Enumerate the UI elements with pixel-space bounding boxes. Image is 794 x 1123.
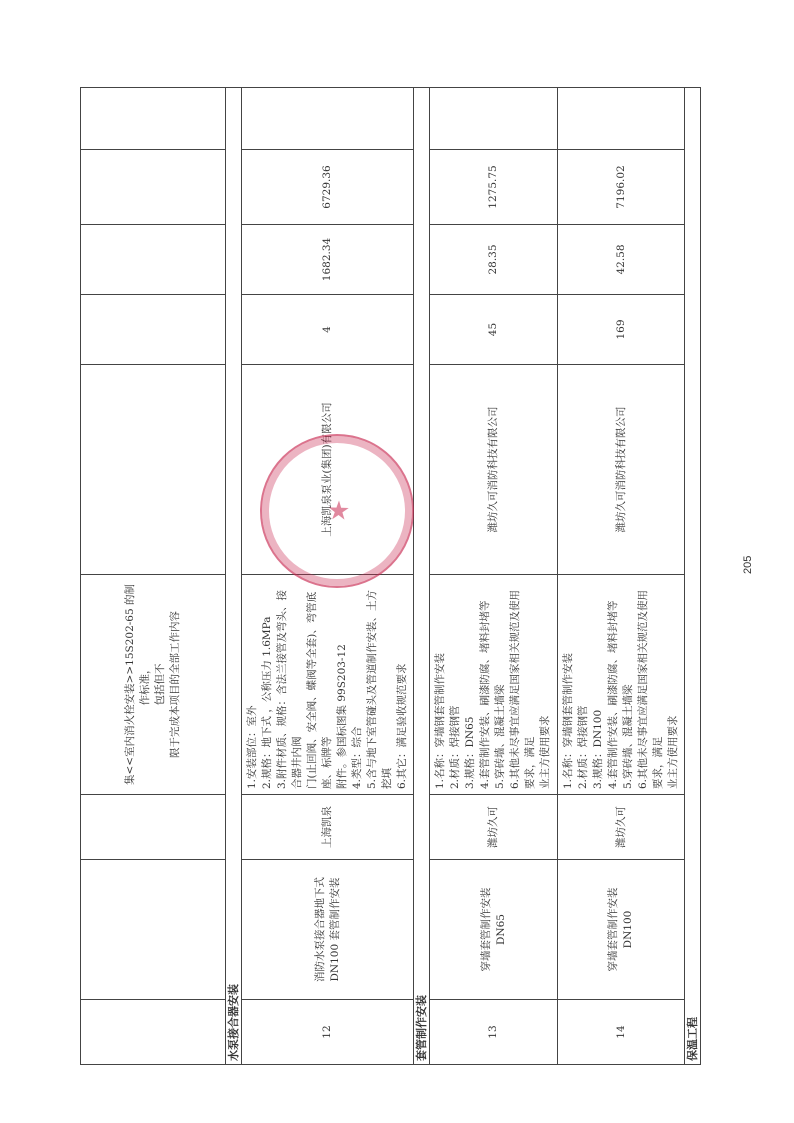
qty-cell (81, 295, 226, 365)
unit-price-cell: 28.35 (430, 225, 558, 295)
total-cell (81, 150, 226, 225)
section-title: 水泵接合器安装 (226, 88, 242, 1065)
name-cell: 穿墙套管制作安装 DN65 (430, 860, 558, 1000)
company-seal-stamp: ★ (260, 434, 414, 588)
brand-cell: 上海凯泉 (242, 795, 414, 860)
price-table: 集<<室内消火栓安装>>15S202-65 的制作标准， 包括但不 限于完成本项… (80, 87, 701, 1065)
seq-cell: 14 (558, 1000, 685, 1065)
qty-cell: 45 (430, 295, 558, 365)
unit-price-cell: 42.58 (558, 225, 685, 295)
spec-cell: 1.安装部位：室外 2.规格：地下式 ，公称压力 1.6MPa 3.附件材质、规… (242, 575, 414, 795)
unit-price-cell (81, 225, 226, 295)
rotated-page: 集<<室内消火栓安装>>15S202-65 的制作标准， 包括但不 限于完成本项… (0, 0, 794, 1123)
seq-cell: 13 (430, 1000, 558, 1065)
spec-cell: 集<<室内消火栓安装>>15S202-65 的制作标准， 包括但不 限于完成本项… (81, 575, 226, 795)
section-row: 水泵接合器安装 (226, 88, 242, 1065)
supplier-cell: 潍坊久可消防科技有限公司 (558, 365, 685, 575)
section-title: 套管制作安装 (414, 88, 430, 1065)
seq-cell: 12 (242, 1000, 414, 1065)
name-cell: 消防水泵接合器地下式 DN100 套管制作安装 (242, 860, 414, 1000)
section-row: 保温工程 (685, 88, 701, 1065)
section-row: 套管制作安装 (414, 88, 430, 1065)
supplier-cell (81, 365, 226, 575)
qty-cell: 4 (242, 295, 414, 365)
name-cell (81, 860, 226, 1000)
brand-cell (81, 795, 226, 860)
unit-price-cell: 1682.34 (242, 225, 414, 295)
remark-cell (430, 88, 558, 150)
supplier-cell: 潍坊久可消防科技有限公司 (430, 365, 558, 575)
spec-cell: 1.名称：穿墙钢套管制作安装 2.材质：焊接钢管 3.规格：DN100 4.套管… (558, 575, 685, 795)
spec-cell: 1.名称：穿墙钢套管制作安装 2.材质：焊接钢管 3.规格：DN65 4.套管制… (430, 575, 558, 795)
total-cell: 7196.02 (558, 150, 685, 225)
section-title: 保温工程 (685, 88, 701, 1065)
remark-cell (242, 88, 414, 150)
continuation-row: 集<<室内消火栓安装>>15S202-65 的制作标准， 包括但不 限于完成本项… (81, 88, 226, 1065)
qty-cell: 169 (558, 295, 685, 365)
page-number: 205 (742, 556, 754, 574)
star-icon: ★ (299, 435, 378, 586)
total-cell: 6729.36 (242, 150, 414, 225)
brand-cell: 潍坊久可 (430, 795, 558, 860)
seq-cell (81, 1000, 226, 1065)
brand-cell: 潍坊久可 (558, 795, 685, 860)
remark-cell (81, 88, 226, 150)
table-row: 14 穿墙套管制作安装 DN100 潍坊久可 1.名称：穿墙钢套管制作安装 2.… (558, 88, 685, 1065)
name-cell: 穿墙套管制作安装 DN100 (558, 860, 685, 1000)
total-cell: 1275.75 (430, 150, 558, 225)
table-row: 13 穿墙套管制作安装 DN65 潍坊久可 1.名称：穿墙钢套管制作安装 2.材… (430, 88, 558, 1065)
remark-cell (558, 88, 685, 150)
